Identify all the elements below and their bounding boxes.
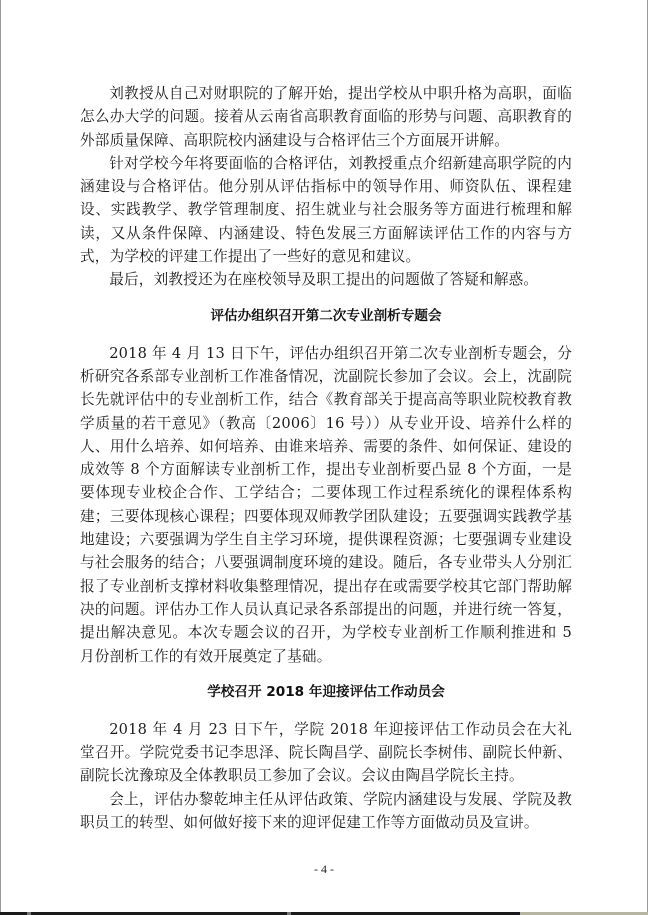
spacer <box>80 668 572 681</box>
paragraph: 针对学校今年将要面临的合格评估，刘教授重点介绍新建高职学院的内涵建设与合格评估。… <box>80 152 572 268</box>
spacer <box>80 328 572 342</box>
paragraph: 2018 年 4 月 13 日下午，评估办组织召开第二次专业剖析专题会，分析研究… <box>80 342 572 668</box>
page-number: - 4 - <box>0 862 648 877</box>
spacer <box>80 704 572 718</box>
document-body: 刘教授从自己对财职院的了解开始，提出学校从中职升格为高职，面临怎么办大学的问题。… <box>80 82 572 834</box>
spacer <box>80 292 572 305</box>
paragraph: 刘教授从自己对财职院的了解开始，提出学校从中职升格为高职，面临怎么办大学的问题。… <box>80 82 572 152</box>
section-heading: 学校召开 2018 年迎接评估工作动员会 <box>80 681 572 704</box>
paragraph: 会上，评估办黎乾坤主任从评估政策、学院内涵建设与发展、学院及教职员工的转型、如何… <box>80 788 572 835</box>
section-heading: 评估办组织召开第二次专业剖析专题会 <box>80 305 572 328</box>
paragraph: 最后，刘教授还为在座校领导及职工提出的问题做了答疑和解惑。 <box>80 268 572 291</box>
paragraph: 2018 年 4 月 23 日下午，学院 2018 年迎接评估工作动员会在大礼堂… <box>80 718 572 788</box>
